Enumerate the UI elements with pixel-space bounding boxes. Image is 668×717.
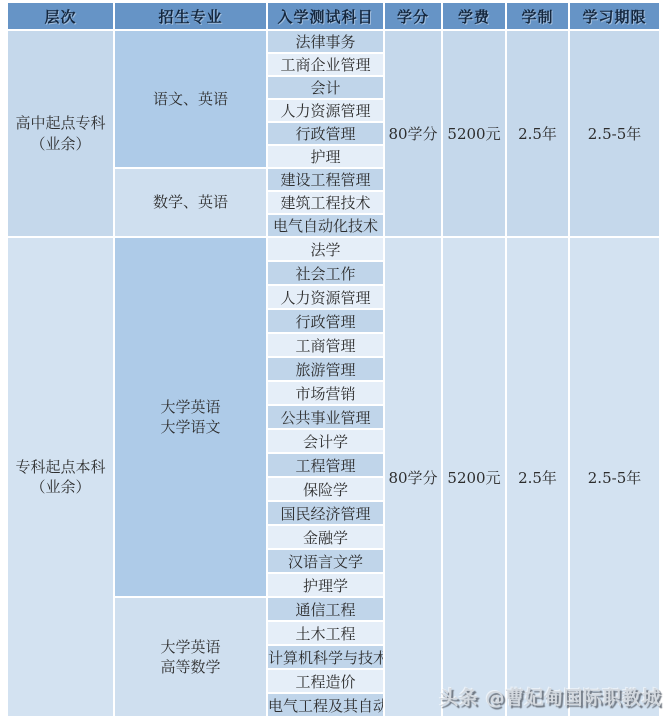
tuition-cell: 5200元 <box>443 238 505 716</box>
major-cell: 工商企业管理 <box>268 54 383 75</box>
header-row: 层次 招生专业 入学测试科目 学分 学费 学制 学习期限 <box>8 3 659 29</box>
infographic-page: 层次 招生专业 入学测试科目 学分 学费 学制 学习期限 高中起点专科（业余）语… <box>0 0 668 717</box>
table-row: 专科起点本科（业余）大学英语大学语文法学80学分5200元2.5年2.5-5年 <box>8 238 659 260</box>
major-cell: 旅游管理 <box>268 358 383 380</box>
major-cell: 计算机科学与技术 <box>268 646 383 668</box>
major-cell: 人力资源管理 <box>268 100 383 121</box>
col-header-major: 招生专业 <box>115 3 266 29</box>
credits-cell: 80学分 <box>385 238 441 716</box>
col-header-term: 学制 <box>507 3 568 29</box>
major-cell: 法律事务 <box>268 31 383 52</box>
col-header-period: 学习期限 <box>570 3 659 29</box>
major-cell: 法学 <box>268 238 383 260</box>
major-cell: 工程管理 <box>268 454 383 476</box>
watermark-text: 头条 @曹妃甸国际职教城 <box>439 687 661 709</box>
major-cell: 护理 <box>268 146 383 167</box>
col-header-test-subjects: 入学测试科目 <box>268 3 383 29</box>
major-cell: 汉语言文学 <box>268 550 383 572</box>
subjects-cell: 语文、英语 <box>115 31 266 167</box>
major-cell: 建设工程管理 <box>268 169 383 190</box>
term-cell: 2.5年 <box>507 238 568 716</box>
table-row: 高中起点专科（业余）语文、英语法律事务80学分5200元2.5年2.5-5年 <box>8 31 659 52</box>
major-cell: 行政管理 <box>268 310 383 332</box>
col-header-level: 层次 <box>8 3 113 29</box>
major-cell: 社会工作 <box>268 262 383 284</box>
tuition-cell: 5200元 <box>443 31 505 236</box>
subjects-cell: 大学英语大学语文 <box>115 238 266 596</box>
period-cell: 2.5-5年 <box>570 31 659 236</box>
major-cell: 建筑工程技术 <box>268 192 383 213</box>
major-cell: 金融学 <box>268 526 383 548</box>
major-cell: 电气自动化技术 <box>268 215 383 236</box>
major-cell: 国民经济管理 <box>268 502 383 524</box>
col-header-credits: 学分 <box>385 3 441 29</box>
level-cell: 专科起点本科（业余） <box>8 238 113 716</box>
major-cell: 公共事业管理 <box>268 406 383 428</box>
subjects-cell: 大学英语高等数学 <box>115 598 266 716</box>
major-cell: 人力资源管理 <box>268 286 383 308</box>
term-cell: 2.5年 <box>507 31 568 236</box>
major-cell: 通信工程 <box>268 598 383 620</box>
period-cell: 2.5-5年 <box>570 238 659 716</box>
col-header-tuition: 学费 <box>443 3 505 29</box>
major-cell: 护理学 <box>268 574 383 596</box>
major-cell: 土木工程 <box>268 622 383 644</box>
major-cell: 会计 <box>268 77 383 98</box>
major-cell: 工程造价 <box>268 670 383 692</box>
major-cell: 市场营销 <box>268 382 383 404</box>
major-cell: 电气工程及其自动化 <box>268 694 383 716</box>
enrollment-table: 层次 招生专业 入学测试科目 学分 学费 学制 学习期限 高中起点专科（业余）语… <box>6 1 661 717</box>
major-cell: 会计学 <box>268 430 383 452</box>
watermark: 头条 @曹妃甸国际职教城 <box>439 683 661 710</box>
major-cell: 工商管理 <box>268 334 383 356</box>
major-cell: 行政管理 <box>268 123 383 144</box>
subjects-cell: 数学、英语 <box>115 169 266 236</box>
credits-cell: 80学分 <box>385 31 441 236</box>
major-cell: 保险学 <box>268 478 383 500</box>
level-cell: 高中起点专科（业余） <box>8 31 113 236</box>
